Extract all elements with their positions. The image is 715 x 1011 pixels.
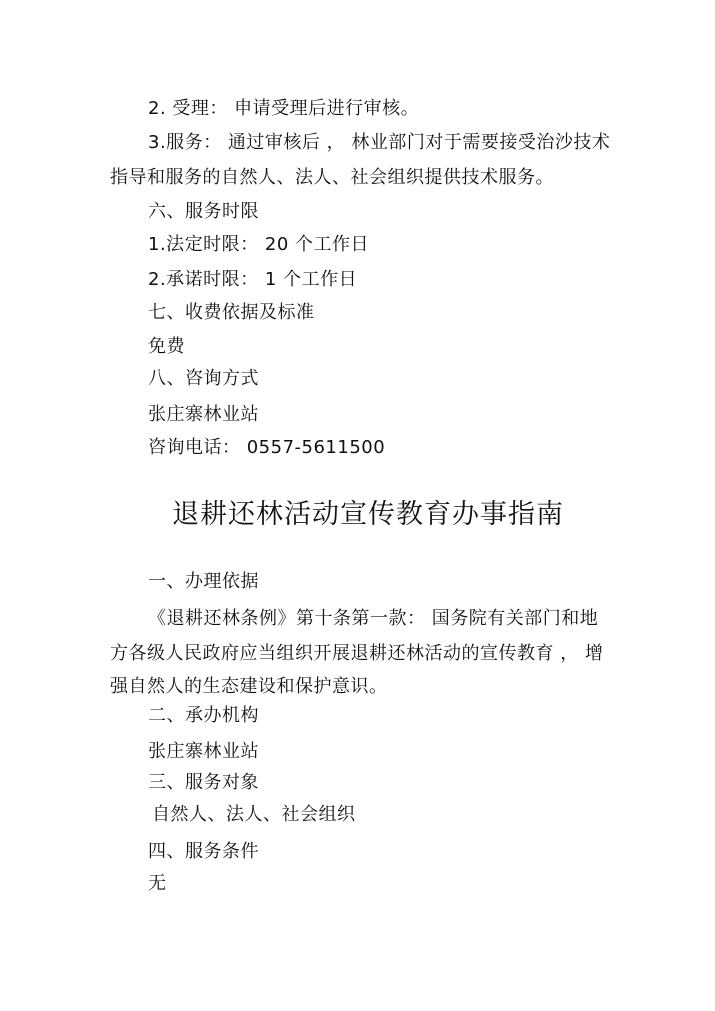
legal-time-limit: 1.法定时限： 20 个工作日	[148, 233, 369, 257]
basis-heading: 一、办理依据	[148, 570, 259, 594]
consult-phone: 咨询电话： 0557-5611500	[148, 436, 385, 460]
agency-value: 张庄寨林业站	[148, 740, 259, 764]
step-service-line2: 指导和服务的自然人、法人、社会组织提供技术服务。	[110, 166, 554, 190]
target-value: 自然人、法人、社会组织	[152, 803, 356, 827]
step-accept: 2. 受理： 申请受理后进行审核。	[148, 97, 419, 121]
condition-heading: 四、服务条件	[148, 840, 259, 864]
time-limit-heading: 六、服务时限	[148, 200, 259, 224]
basis-line1: 《退耕还林条例》第十条第一款： 国务院有关部门和地	[148, 607, 598, 631]
consult-org: 张庄寨林业站	[148, 403, 259, 427]
step-service-line1: 3.服务： 通过审核后 ， 林业部门对于需要接受治沙技术	[148, 131, 610, 155]
fee-heading: 七、收费依据及标准	[148, 301, 315, 325]
basis-line3: 强自然人的生态建设和保护意识。	[110, 675, 388, 699]
condition-value: 无	[148, 872, 167, 896]
agency-heading: 二、承办机构	[148, 704, 259, 728]
guide-title: 退耕还林活动宣传教育办事指南	[172, 497, 564, 533]
target-heading: 三、服务对象	[148, 771, 259, 795]
fee-value: 免费	[148, 335, 185, 359]
promised-time-limit: 2.承诺时限： 1 个工作日	[148, 268, 357, 292]
consult-heading: 八、咨询方式	[148, 367, 259, 391]
basis-line2: 方各级人民政府应当组织开展退耕还林活动的宣传教育 ， 增	[110, 642, 603, 666]
